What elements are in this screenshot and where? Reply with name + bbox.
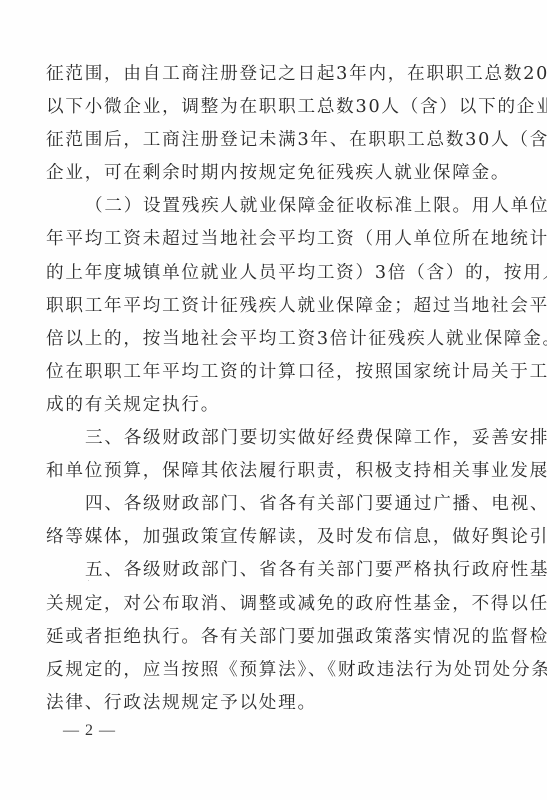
text-line: 和单位预算，保障其依法履行职责，积极支持相关事业发展。 [46,455,500,488]
text-line: 位在职职工年平均工资的计算口径，按照国家统计局关于工资总额组 [46,356,500,389]
text-line: 企业，可在剩余时期内按规定免征残疾人就业保障金。 [46,157,500,190]
scan-speck [88,580,89,581]
text-line: 的上年度城镇单位就业人员平均工资）3倍（含）的，按用人单位在 [46,257,500,290]
paragraph-start-line: 五、各级财政部门、省各有关部门要严格执行政府性基金管理有 [46,554,500,587]
text-line: 以下小微企业，调整为在职职工总数30人（含）以下的企业。调整免 [46,91,500,124]
document-page: 征范围，由自工商注册登记之日起3年内，在职职工总数20人（含） 以下小微企业，调… [0,0,547,800]
page-number: — 2 — [63,722,116,740]
document-body: 征范围，由自工商注册登记之日起3年内，在职职工总数20人（含） 以下小微企业，调… [46,58,500,720]
text-line: 征范围后，工商注册登记未满3年、在职职工总数30人（含）以下的 [46,124,500,157]
text-line: 征范围，由自工商注册登记之日起3年内，在职职工总数20人（含） [46,58,500,91]
text-line: 延或者拒绝执行。各有关部门要加强政策落实情况的监督检查，对违 [46,621,500,654]
paragraph-start-line: 三、各级财政部门要切实做好经费保障工作，妥善安排相关部门 [46,422,500,455]
text-line: 倍以上的，按当地社会平均工资3倍计征残疾人就业保障金。用人单 [46,323,500,356]
text-line: 职职工年平均工资计征残疾人就业保障金；超过当地社会平均工资3 [46,290,500,323]
text-line: 络等媒体，加强政策宣传解读，及时发布信息，做好舆论引导。 [46,521,500,554]
text-line: 反规定的，应当按照《预算法》、《财政违法行为处罚处分条例》等 [46,654,500,687]
text-line: 法律、行政法规规定予以处理。 [46,687,500,720]
paragraph-start-line: （二）设置残疾人就业保障金征收标准上限。用人单位在职职工 [46,190,500,223]
text-line: 年平均工资未超过当地社会平均工资（用人单位所在地统计部门公布 [46,223,500,256]
scan-speck [516,664,518,666]
paragraph-start-line: 四、各级财政部门、省各有关部门要通过广播、电视、报纸、网 [46,488,500,521]
text-line: 关规定，对公布取消、调整或减免的政府性基金，不得以任何理由拖 [46,588,500,621]
text-line: 成的有关规定执行。 [46,389,500,422]
